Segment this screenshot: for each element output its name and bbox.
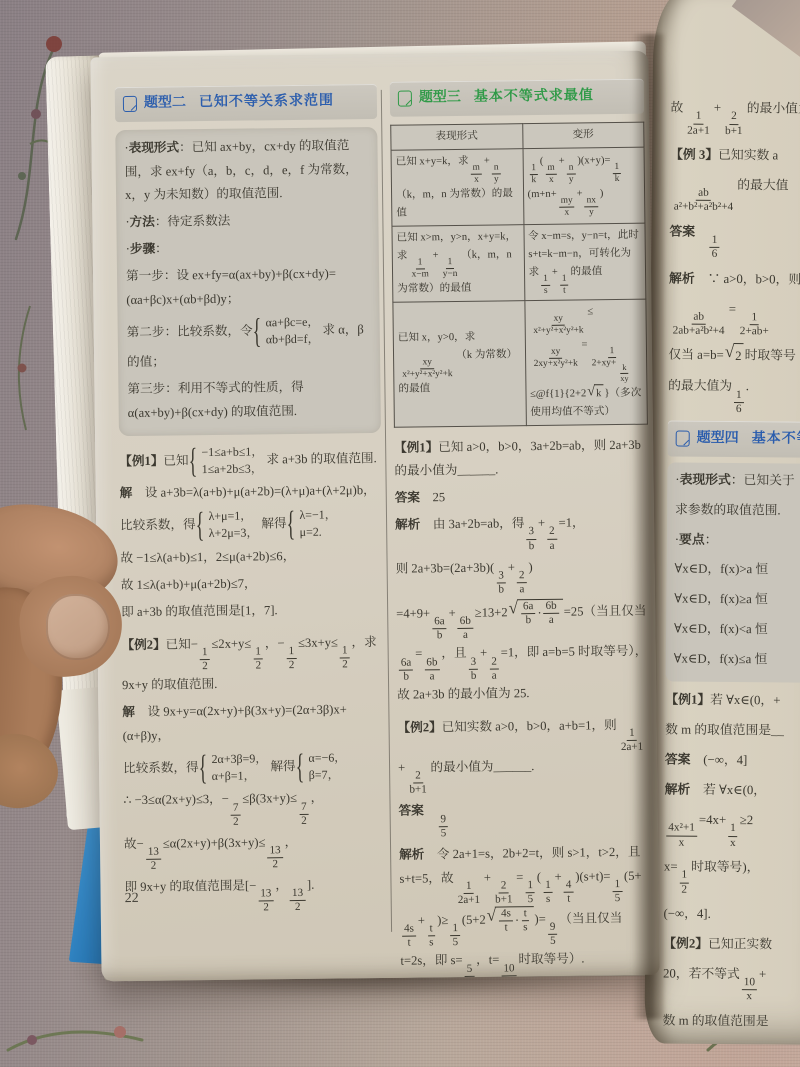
topic3-example2: 【例2】已知实数 a>0，b>0，a+b=1，则12a+1+2b+1的最小值为_… <box>397 713 654 981</box>
topic2-label: 题型二 <box>144 90 186 117</box>
table-row: 已知 x+y=k，求mx+ny（k，m，n 为常数）的最值 1k(mx+ny)(… <box>391 147 645 226</box>
text-line: ·方法：待定系数法 <box>125 208 369 235</box>
table-header-cell: 表现形式 <box>391 123 523 150</box>
page-number: 22 <box>125 891 139 907</box>
next-page-corner-cut <box>732 0 800 66</box>
text-line: 即 9x+y 的取值范围是[−132，132]. <box>124 873 386 917</box>
topic3-example1: 【例1】已知 a>0，b>0，3a+2b=ab，则 2a+3b 的最小值为___… <box>394 433 651 707</box>
text-line: 求参数的取值范围. <box>675 497 800 523</box>
table-cell: 已知 x，y>0，求xyx²+y²+x²y²+k（k 为常数）的最值 <box>393 300 526 426</box>
topic3-forms-table: 表现形式 变形 已知 x+y=k，求mx+ny（k，m，n 为常数）的最值 1k… <box>390 121 648 427</box>
text-line: ab2ab+a²b²+4=12+ab+ <box>669 296 800 340</box>
table-row: 已知 x>m，y>n，x+y=k，求1x−m+1y−n（k，m，n 为常数）的最… <box>392 223 646 302</box>
table-cell: 令 x−m=s，y−n=t，此时 s+t=k−m−n，可转化为求1s+1t的最值 <box>523 223 645 301</box>
topic3-label: 题型三 <box>419 85 461 112</box>
text-line: 【例2】已知−12≤2x+y≤12，−12≤3x+y≤12，求 9x+y 的取值… <box>121 630 384 697</box>
topic2-example2: 【例2】已知−12≤2x+y≤12，−12≤3x+y≤12，求 9x+y 的取值… <box>121 630 386 916</box>
text-line: 故−132≤α(2x+y)+β(3x+y)≤132， <box>124 830 386 874</box>
book-gutter-shadow <box>632 34 664 1019</box>
doc-icon <box>398 91 412 107</box>
text-line: 数 m 的取值范围是 <box>663 1008 800 1035</box>
text-line: 即 a+3b 的取值范围是[1，7]. <box>121 598 383 625</box>
table-cell: 1k(mx+ny)(x+y)=1k(m+n+myx+nxy) <box>523 147 645 225</box>
table-cell: xyx²+y²+x²y²+k≤xy2xy+x²y²+k=12+xy+kxy≤@f… <box>524 299 647 425</box>
text-line: 解析 ∵ a>0，b>0，则 <box>669 266 800 293</box>
thumb-nail <box>46 594 110 660</box>
text-line: 解 设 9x+y=α(2x+y)+β(3x+y)=(2α+3β)x+(α+β)y… <box>122 698 385 749</box>
next-page-top-block: 故12a+1+2b+1的最小值为【例 3】已知实数 aaba²+b²+a²b²+… <box>668 95 800 417</box>
text-line: x=12时取等号)， <box>664 854 800 898</box>
next-page[interactable]: 故12a+1+2b+1的最小值为【例 3】已知实数 aaba²+b²+a²b²+… <box>644 0 800 1045</box>
text-line: 故 −1≤λ(a+b)≤1，2≤μ(a+2b)≤6， <box>120 544 382 571</box>
text-line: 解析 若 ∀x∈(0， <box>665 778 800 805</box>
text-line: ·表现形式：已知 ax+by，cx+dy 的取值范围，求 ex+fy（a，b，c… <box>124 134 369 209</box>
text-line: ∴ −3≤α(2x+y)≤3，−72≤β(3x+y)≤72， <box>123 786 385 830</box>
doc-icon <box>123 96 137 112</box>
topic2-method-panel: ·表现形式：已知 ax+by，cx+dy 的取值范围，求 ex+fy（a，b，c… <box>115 127 381 436</box>
topic3-title: 基本不等式求最值 <box>474 83 594 111</box>
topic2-header: 题型二 已知不等关系求范围 <box>115 84 377 122</box>
text-line: 第三步：利用不等式的性质，得 α(ax+by)+β(cx+dy) 的取值范围. <box>127 375 372 426</box>
text-line: ·要点： <box>675 527 800 553</box>
text-line: 比较系数，得λ+μ=1，λ+2μ=3，解得λ=−1，μ=2. <box>120 506 382 544</box>
middle-column: 题型三 基本不等式求最值 表现形式 变形 已知 x+y=k，求mx+ny（k，m… <box>390 79 655 982</box>
text-line: 解析 令 2a+1=s，2b+2=t，则 s>1，t>2，且 s+t=5，故12… <box>399 840 655 981</box>
text-line: ∀x∈D，f(x)<a 恒 <box>674 617 800 643</box>
text-line: 20，若不等式10x+ <box>663 961 800 1005</box>
text-line: ·步骤： <box>126 235 370 262</box>
text-line: ∀x∈D，f(x)≥a 恒 <box>674 587 800 613</box>
topic4-title: 基本不等 <box>752 426 800 454</box>
text-line: 则 2a+3b=(2a+3b)(3b+2a) <box>396 554 650 597</box>
next-page-content: 故12a+1+2b+1的最小值为【例 3】已知实数 aaba²+b²+a²b²+… <box>662 95 800 1039</box>
text-line: 第二步：比较系数，令αa+βc=e，αb+βd=f，求 α，β 的值； <box>127 313 372 375</box>
topic2-title: 已知不等关系求范围 <box>199 88 334 116</box>
text-line: ·表现形式：已知关于 <box>675 467 800 493</box>
left-column: 题型二 已知不等关系求范围 ·表现形式：已知 ax+by，cx+dy 的取值范围… <box>115 84 387 920</box>
text-line: 解 设 a+3b=λ(a+b)+μ(a+2b)=(λ+μ)a+(λ+2μ)b， <box>120 479 382 506</box>
text-line: 故12a+1+2b+1的最小值为 <box>670 95 800 139</box>
text-line: 【例 3】已知实数 a <box>670 142 800 169</box>
text-line: 答案 16 <box>669 219 800 263</box>
topic4-label: 题型四 <box>697 425 739 453</box>
text-line: 数 m 的取值范围是__ <box>665 718 800 745</box>
text-line: 仅当 a=b=√2时取等号 <box>668 343 800 371</box>
text-line: 【例1】已知 a>0，b>0，3a+2b=ab，则 2a+3b 的最小值为___… <box>394 433 649 484</box>
text-line: 4x²+1x=4x+1x≥2 <box>664 808 800 852</box>
topic4-key-points-panel: ·表现形式：已知关于求参数的取值范围.·要点：∀x∈D，f(x)>a 恒∀x∈D… <box>666 462 800 683</box>
text-line: 解析 由 3a+2b=ab，得3b+2a=1， <box>395 511 649 554</box>
table-row: 已知 x，y>0，求xyx²+y²+x²y²+k（k 为常数）的最值 xyx²+… <box>393 299 648 427</box>
text-line: 【例1】若 ∀x∈(0，+ <box>665 688 800 715</box>
textbook-page-22[interactable]: 题型二 已知不等关系求范围 ·表现形式：已知 ax+by，cx+dy 的取值范围… <box>90 51 659 982</box>
text-line: 答案 95 <box>398 797 652 840</box>
text-line: 【例2】已知实数 a>0，b>0，a+b=1，则12a+1+2b+1的最小值为_… <box>397 713 652 797</box>
doc-icon <box>676 430 690 446</box>
table-header-row: 表现形式 变形 <box>391 122 644 150</box>
text-line: 答案 (−∞，4] <box>665 748 800 775</box>
text-line: 比较系数，得2α+3β=9，α+β=1，解得α=−6，β=7， <box>123 749 385 787</box>
text-line: (−∞，4]. <box>663 901 800 928</box>
text-line: 第一步：设 ex+fy=α(ax+by)+β(cx+dy)=(αa+βc)x+(… <box>126 262 371 313</box>
text-line: 【例1】已知−1≤a+b≤1，1≤a+2b≤3，求 a+3b 的取值范围. <box>119 441 381 479</box>
text-line: ∀x∈D，f(x)>a 恒 <box>674 557 800 583</box>
table-cell: 已知 x+y=k，求mx+ny（k，m，n 为常数）的最值 <box>391 148 523 226</box>
text-line: 【例2】已知正实数 <box>663 931 800 958</box>
text-line: 答案 25 <box>395 484 649 511</box>
table-body: 已知 x+y=k，求mx+ny（k，m，n 为常数）的最值 1k(mx+ny)(… <box>391 147 647 427</box>
topic2-example1: 【例1】已知−1≤a+b≤1，1≤a+2b≤3，求 a+3b 的取值范围.解 设… <box>119 441 383 624</box>
text-line: 故 1≤λ(a+b)+μ(a+2b)≤7， <box>121 571 383 598</box>
text-line: ∀x∈D，f(x)≤a 恒 <box>674 647 800 673</box>
fabric-flower <box>0 298 60 438</box>
table-cell: 已知 x>m，y>n，x+y=k，求1x−m+1y−n（k，m，n 为常数）的最… <box>392 224 524 302</box>
text-line: aba²+b²+a²b²+4的最大值 <box>670 172 800 216</box>
topic3-header: 题型三 基本不等式求最值 <box>390 79 644 117</box>
next-page-bottom-block: 【例1】若 ∀x∈(0，+数 m 的取值范围是__答案 (−∞，4]解析 若 ∀… <box>663 688 800 1035</box>
text-line: =4+9+6ab+6ba≥13+2√6ab·6ba=25（当且仅当6ab=6ba… <box>396 598 651 708</box>
table-header-cell: 变形 <box>522 122 644 148</box>
topic4-header: 题型四 基本不等 <box>668 421 800 458</box>
text-line: 的最大值为16. <box>668 374 800 418</box>
